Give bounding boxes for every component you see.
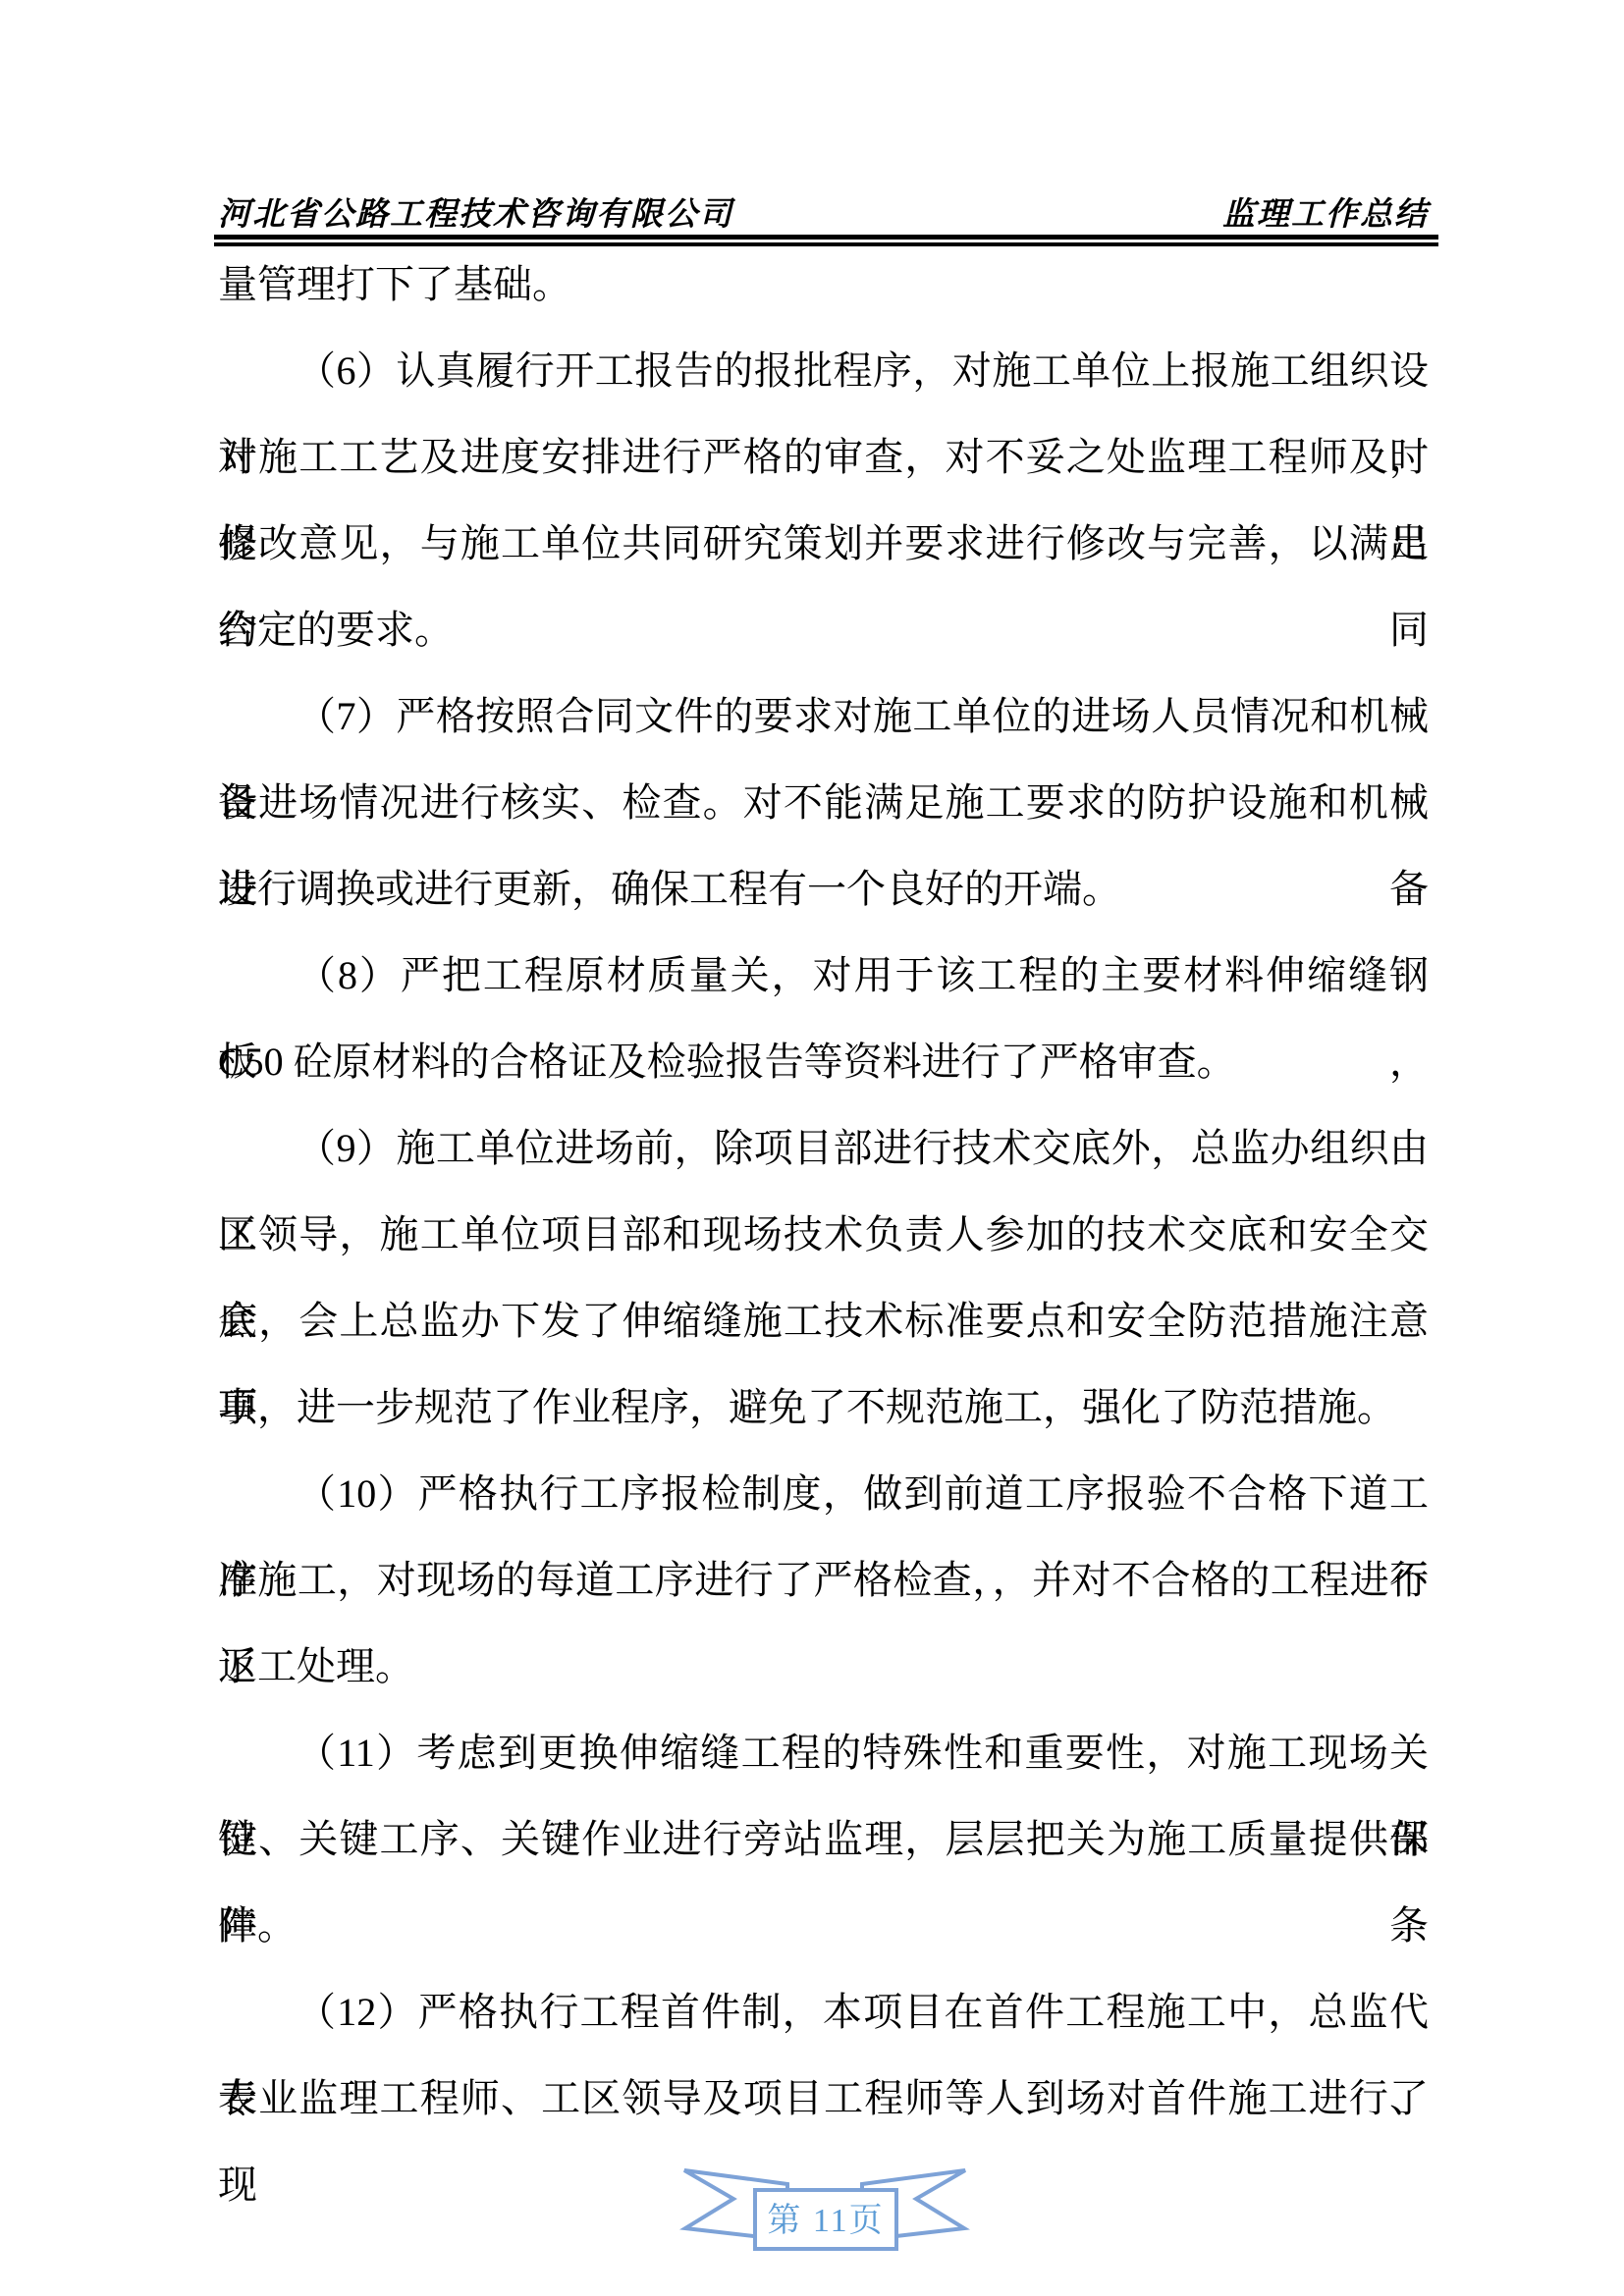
text-line: （11）考虑到更换伸缩缝工程的特殊性和重要性，对施工现场关键部 [218,1710,1429,1796]
text-line: （8）严把工程原材质量关，对用于该工程的主要材料伸缩缝钢板， [218,933,1429,1019]
text-line: 准施工，对现场的每道工序进行了严格检查，，并对不合格的工程进行了 [218,1537,1429,1624]
text-line: 备进场情况进行核实、检查。对不能满足施工要求的防护设施和机械设备 [218,760,1429,846]
text-line: 区领导，施工单位项目部和现场技术负责人参加的技术交底和安全交底 [218,1192,1429,1278]
page-header: 河北省公路工程技术咨询有限公司 监理工作总结 [218,188,1429,235]
text-line: 量管理打下了基础。 [218,241,1429,328]
text-line: 会，会上总监办下发了伸缩缝施工技术标准要点和安全防范措施注意事 [218,1278,1429,1364]
text-line: （9）施工单位进场前，除项目部进行技术交底外，总监办组织由工 [218,1105,1429,1192]
page-number-ribbon: 第 11页 [677,2163,972,2295]
text-line: 专业监理工程师、工区领导及项目工程师等人到场对首件施工进行了现 [218,2056,1429,2142]
text-line: 项，进一步规范了作业程序，避免了不规范施工，强化了防范措施。 [218,1364,1429,1451]
header-doc-title: 监理工作总结 [1222,188,1429,235]
document-body: 量管理打下了基础。（6）认真履行开工报告的报批程序，对施工单位上报施工组织设计，… [218,241,1429,2142]
document-page: 河北省公路工程技术咨询有限公司 监理工作总结 量管理打下了基础。（6）认真履行开… [0,0,1624,2296]
header-company-name: 河北省公路工程技术咨询有限公司 [218,188,733,235]
text-line: （6）认真履行开工报告的报批程序，对施工单位上报施工组织设计， [218,328,1429,414]
text-line: （10）严格执行工序报检制度，做到前道工序报验不合格下道工序不 [218,1451,1429,1537]
text-line: 对施工工艺及进度安排进行严格的审查，对不妥之处监理工程师及时提出 [218,414,1429,501]
text-line: 返工处理。 [218,1624,1429,1710]
text-line: 修改意见，与施工单位共同研究策划并要求进行修改与完善，以满足合同 [218,501,1429,587]
text-line: 位、关键工序、关键作业进行旁站监理，层层把关为施工质量提供保障条 [218,1796,1429,1883]
text-line: （7）严格按照合同文件的要求对施工单位的进场人员情况和机械设 [218,673,1429,760]
text-line: （12）严格执行工程首件制，本项目在首件工程施工中，总监代表、 [218,1969,1429,2056]
page-number-label: 第 11页 [767,2202,884,2239]
